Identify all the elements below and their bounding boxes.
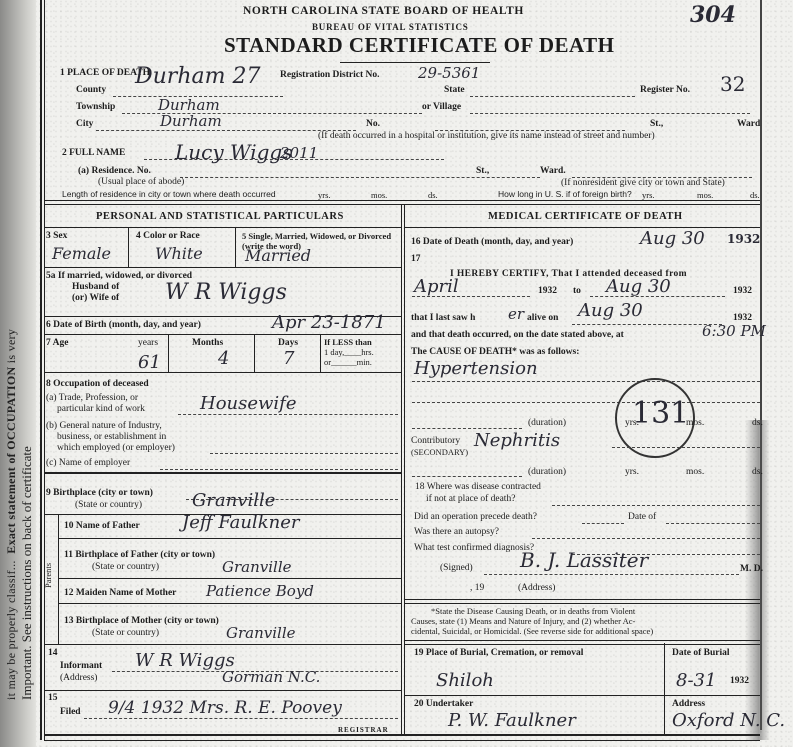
birthplace-value[interactable]: Granville — [192, 490, 275, 511]
duration-line-1 — [412, 428, 522, 429]
father-birthplace-sub: (State or country) — [92, 562, 159, 572]
stamp-code: 131 — [632, 396, 689, 431]
residence-ward-label: Ward. — [540, 166, 566, 176]
color-value[interactable]: White — [155, 244, 203, 263]
rule — [44, 690, 401, 691]
bureau-name: BUREAU OF VITAL STATISTICS — [312, 22, 469, 32]
title-rule — [340, 62, 490, 63]
trade-line — [178, 414, 398, 415]
marital-value[interactable]: Married — [245, 246, 311, 265]
father-value[interactable]: Jeff Faulkner — [182, 512, 299, 533]
cause-line-1 — [412, 381, 760, 382]
informant-value[interactable]: W R Wiggs — [135, 650, 235, 671]
duration-ds-2: ds. — [752, 467, 763, 477]
residence-st-label: St., — [476, 166, 489, 176]
death-time-label: and that death occurred, on the date sta… — [411, 330, 624, 340]
date-of-death-value[interactable]: Aug 30 — [640, 228, 705, 249]
rule — [58, 603, 401, 604]
autopsy-label: Was there an autopsy? — [414, 527, 499, 537]
industry-line — [210, 453, 398, 454]
certificate-title: STANDARD CERTIFICATE OF DEATH — [224, 33, 614, 58]
frame-left-inner — [44, 0, 45, 740]
months-label: Months — [192, 338, 223, 348]
father-birthplace-value[interactable]: Granville — [222, 558, 292, 576]
foreign-mos: mos. — [697, 190, 713, 200]
dob-label: 6 Date of Birth (month, day, and year) — [46, 320, 201, 330]
age-months-value[interactable]: 4 — [218, 348, 229, 369]
foreign-ds: ds. — [750, 190, 760, 200]
burial-date-value[interactable]: 8-31 — [676, 670, 716, 691]
rule — [58, 538, 401, 539]
undertaker-label: 20 Undertaker — [414, 699, 473, 709]
secondary-label: (SECONDARY) — [411, 447, 468, 457]
registration-district-value[interactable]: 29-5361 — [418, 64, 480, 82]
bottom-border — [44, 734, 760, 741]
less-than-label-3: or______min. — [324, 357, 372, 367]
last-saw-value[interactable]: Aug 30 — [578, 300, 643, 321]
rule — [128, 227, 129, 267]
date-19-label: , 19 — [470, 583, 484, 593]
employer-label: (c) Name of employer — [46, 458, 130, 468]
rule — [404, 227, 760, 228]
township-label: Township — [76, 102, 115, 112]
rule — [168, 334, 169, 372]
test-label: What test confirmed diagnosis? — [414, 543, 534, 553]
sex-value[interactable]: Female — [52, 244, 111, 263]
contracted-line — [552, 505, 760, 506]
filed-value[interactable]: 9/4 1932 Mrs. R. E. Poovey — [108, 698, 342, 718]
date-of-death-year: 1932 — [727, 232, 760, 246]
section-divider — [44, 200, 760, 205]
village-line — [470, 113, 750, 114]
length-mos: mos. — [371, 190, 387, 200]
footnote-line-1: *State the Disease Causing Death, or in … — [411, 606, 761, 616]
frame-left — [40, 0, 42, 740]
last-saw-line — [572, 324, 722, 325]
date-of-death-label: 16 Date of Death (month, day, and year) — [411, 237, 573, 247]
mother-birthplace-value[interactable]: Granville — [226, 624, 296, 642]
duration-label-1: (duration) — [528, 418, 566, 428]
undertaker-address-label: Address — [672, 699, 705, 709]
county-value[interactable]: Durham 27 — [135, 64, 260, 89]
state-line — [470, 96, 635, 97]
last-saw-label: that I last saw h — [411, 313, 475, 323]
register-no-value[interactable]: 32 — [720, 72, 745, 96]
mother-value[interactable]: Patience Boyd — [206, 582, 314, 600]
agency-name: NORTH CAROLINA STATE BOARD OF HEALTH — [243, 5, 524, 17]
rule — [44, 644, 401, 645]
industry-label-2: business, or establishment in — [57, 432, 166, 442]
informant-number: 14 — [48, 648, 58, 658]
duration-line-2 — [412, 476, 522, 477]
spouse-label-2: Husband of — [72, 282, 119, 292]
city-line — [96, 130, 356, 131]
rule — [44, 267, 401, 268]
contributory-label: Contributory — [411, 436, 460, 446]
birthplace-label: 9 Birthplace (city or town) — [46, 488, 153, 498]
ward-label: Ward — [737, 119, 760, 129]
duration-ds-1: ds. — [752, 418, 763, 428]
foreign-yrs: yrs. — [642, 190, 655, 200]
industry-label-3: which employed (or employer) — [57, 443, 175, 453]
registrar-label: REGISTRAR — [338, 726, 389, 734]
foreign-birth-label: How long in U. S. if of foreign birth? — [498, 189, 632, 199]
informant-address-label: (Address) — [60, 673, 97, 683]
burial-value[interactable]: Shiloh — [436, 670, 494, 691]
parents-label: Parents — [43, 563, 53, 588]
filed-label: Filed — [60, 707, 81, 717]
nonresident-note: (If nonresident give city or town and St… — [561, 178, 725, 188]
rule — [58, 578, 401, 579]
medical-section-title: MEDICAL CERTIFICATE OF DEATH — [488, 211, 683, 222]
mother-label: 12 Maiden Name of Mother — [64, 588, 176, 598]
age-label: 7 Age — [46, 338, 68, 348]
operation-line — [582, 523, 624, 524]
full-name-label: 2 FULL NAME — [62, 148, 125, 158]
death-certificate: it may be properly classif... Exact stat… — [0, 0, 793, 747]
rule — [44, 372, 401, 373]
last-saw-pronoun[interactable]: er — [508, 305, 524, 323]
attended-to-value[interactable]: Aug 30 — [606, 276, 671, 297]
length-ds: ds. — [428, 190, 438, 200]
city-label: City — [76, 119, 93, 129]
city-no-label: No. — [366, 119, 380, 129]
margin-note-instructions: Important. See instructions on back of c… — [19, 446, 35, 700]
mother-birthplace-label: 13 Birthplace of Mother (city or town) — [64, 616, 219, 626]
burial-label: 19 Place of Burial, Cremation, or remova… — [414, 648, 583, 658]
duration-mos-1: mos. — [686, 418, 704, 428]
alive-on-label: alive on — [527, 313, 558, 323]
residence-label: (a) Residence. No. — [78, 166, 151, 176]
contracted-label-1: 18 Where was disease contracted — [415, 482, 541, 492]
county-label: County — [76, 85, 106, 95]
to-label: to — [573, 286, 581, 296]
column-divider — [401, 205, 402, 735]
dob-value[interactable]: Apr 23-1871 — [272, 312, 386, 333]
duration-mos-2: mos. — [686, 467, 704, 477]
rule — [404, 695, 760, 696]
cause-line-2 — [412, 402, 760, 403]
undertaker-address-value[interactable]: Oxford N. C. — [672, 710, 785, 731]
informant-label: Informant — [60, 661, 102, 671]
filed-line — [84, 718, 398, 719]
age-years-value[interactable]: 61 — [138, 352, 161, 373]
registration-district-label: Registration District No. — [280, 70, 379, 80]
rule — [664, 643, 665, 735]
father-label: 10 Name of Father — [64, 521, 140, 531]
signed-label: (Signed) — [440, 563, 473, 573]
death-time-value[interactable]: 6:30 PM — [702, 322, 766, 340]
rule — [44, 227, 401, 228]
parents-bracket — [58, 514, 59, 644]
duration-yrs-2: yrs. — [625, 467, 639, 477]
footnote-line-2: Causes, state (1) Means and Nature of In… — [411, 616, 761, 626]
burial-date-label: Date of Burial — [672, 648, 730, 658]
personal-section-title: PERSONAL AND STATISTICAL PARTICULARS — [96, 211, 344, 222]
rule — [404, 640, 760, 645]
rule — [320, 334, 321, 372]
years-label: years — [138, 338, 158, 348]
father-birthplace-label: 11 Birthplace of Father (city or town) — [64, 550, 215, 560]
contributory-value[interactable]: Nephritis — [474, 430, 560, 451]
contracted-label-2: if not at place of death? — [426, 494, 515, 504]
city-value[interactable]: Durham — [160, 112, 222, 130]
contributory-line — [612, 447, 760, 448]
duration-label-2: (duration) — [528, 467, 566, 477]
less-than-label-2: 1 day,____hrs. — [324, 347, 374, 357]
rule — [44, 334, 401, 335]
corner-number: 304 — [690, 2, 736, 28]
autopsy-line — [532, 538, 760, 539]
less-than-label-1: If LESS than — [324, 337, 372, 347]
physician-address-label: (Address) — [518, 583, 555, 593]
length-yrs: yrs. — [318, 190, 331, 200]
village-label: or Village — [422, 102, 461, 112]
attended-from-year: 1932 — [538, 286, 557, 296]
sex-label: 3 Sex — [46, 231, 67, 241]
operation-date-line — [666, 523, 760, 524]
item-17-number: 17 — [411, 254, 421, 264]
cause-of-death-value[interactable]: Hypertension — [414, 358, 538, 379]
md-label: M. D. — [740, 564, 763, 574]
attended-to-year: 1932 — [733, 286, 752, 296]
rule — [404, 599, 760, 604]
date-of-label: Date of — [628, 512, 656, 522]
duration-yrs-1: yrs. — [625, 418, 639, 428]
residence-line — [180, 177, 540, 178]
color-label: 4 Color or Race — [136, 231, 200, 241]
length-residence-label: Length of residence in city or town wher… — [62, 189, 276, 199]
filed-number: 15 — [48, 693, 58, 703]
rule — [254, 334, 255, 372]
hospital-note: (If death occurred in a hospital or inst… — [318, 131, 655, 141]
birthplace-sub: (State or country) — [75, 500, 142, 510]
occupation-label: 8 Occupation of deceased — [46, 379, 149, 389]
full-name-value[interactable]: Lucy Wiggs — [175, 140, 293, 164]
street-label: St., — [650, 119, 663, 129]
signed-line — [484, 574, 739, 575]
attended-from-value[interactable]: April — [414, 276, 459, 297]
state-label: State — [444, 85, 465, 95]
cause-footnote: *State the Disease Causing Death, or in … — [411, 606, 761, 636]
footnote-line-3: cidental, Suicidal, or Homicidal. (See r… — [411, 626, 761, 636]
physician-signature[interactable]: B. J. Lassiter — [520, 548, 648, 572]
full-name-extra: 2011 — [280, 144, 318, 162]
trade-label-2: particular kind of work — [57, 404, 145, 414]
trade-value[interactable]: Housewife — [200, 393, 297, 414]
spouse-value[interactable]: W R Wiggs — [165, 280, 287, 305]
burial-year: 1932 — [730, 676, 749, 686]
undertaker-value[interactable]: P. W. Faulkner — [448, 710, 576, 731]
industry-label-1: (b) General nature of Industry, — [46, 421, 162, 431]
spouse-label-3: (or) Wife of — [72, 293, 119, 303]
days-label: Days — [278, 338, 298, 348]
operation-label: Did an operation precede death? — [414, 512, 537, 522]
rule — [235, 227, 236, 267]
cause-of-death-label: The CAUSE OF DEATH* was as follows: — [411, 347, 579, 357]
informant-address-value[interactable]: Gorman N.C. — [222, 668, 320, 686]
mother-birthplace-sub: (State or country) — [92, 628, 159, 638]
age-days-value[interactable]: 7 — [283, 348, 294, 369]
employer-line — [160, 469, 398, 470]
margin-note-occupation: it may be properly classif... Exact stat… — [4, 329, 19, 700]
residence-sub: (Usual place of abode) — [98, 177, 184, 187]
trade-label-1: (a) Trade, Profession, or — [46, 393, 138, 403]
rule — [44, 472, 401, 474]
register-no-label: Register No. — [640, 85, 690, 95]
column-divider-2 — [404, 205, 405, 735]
